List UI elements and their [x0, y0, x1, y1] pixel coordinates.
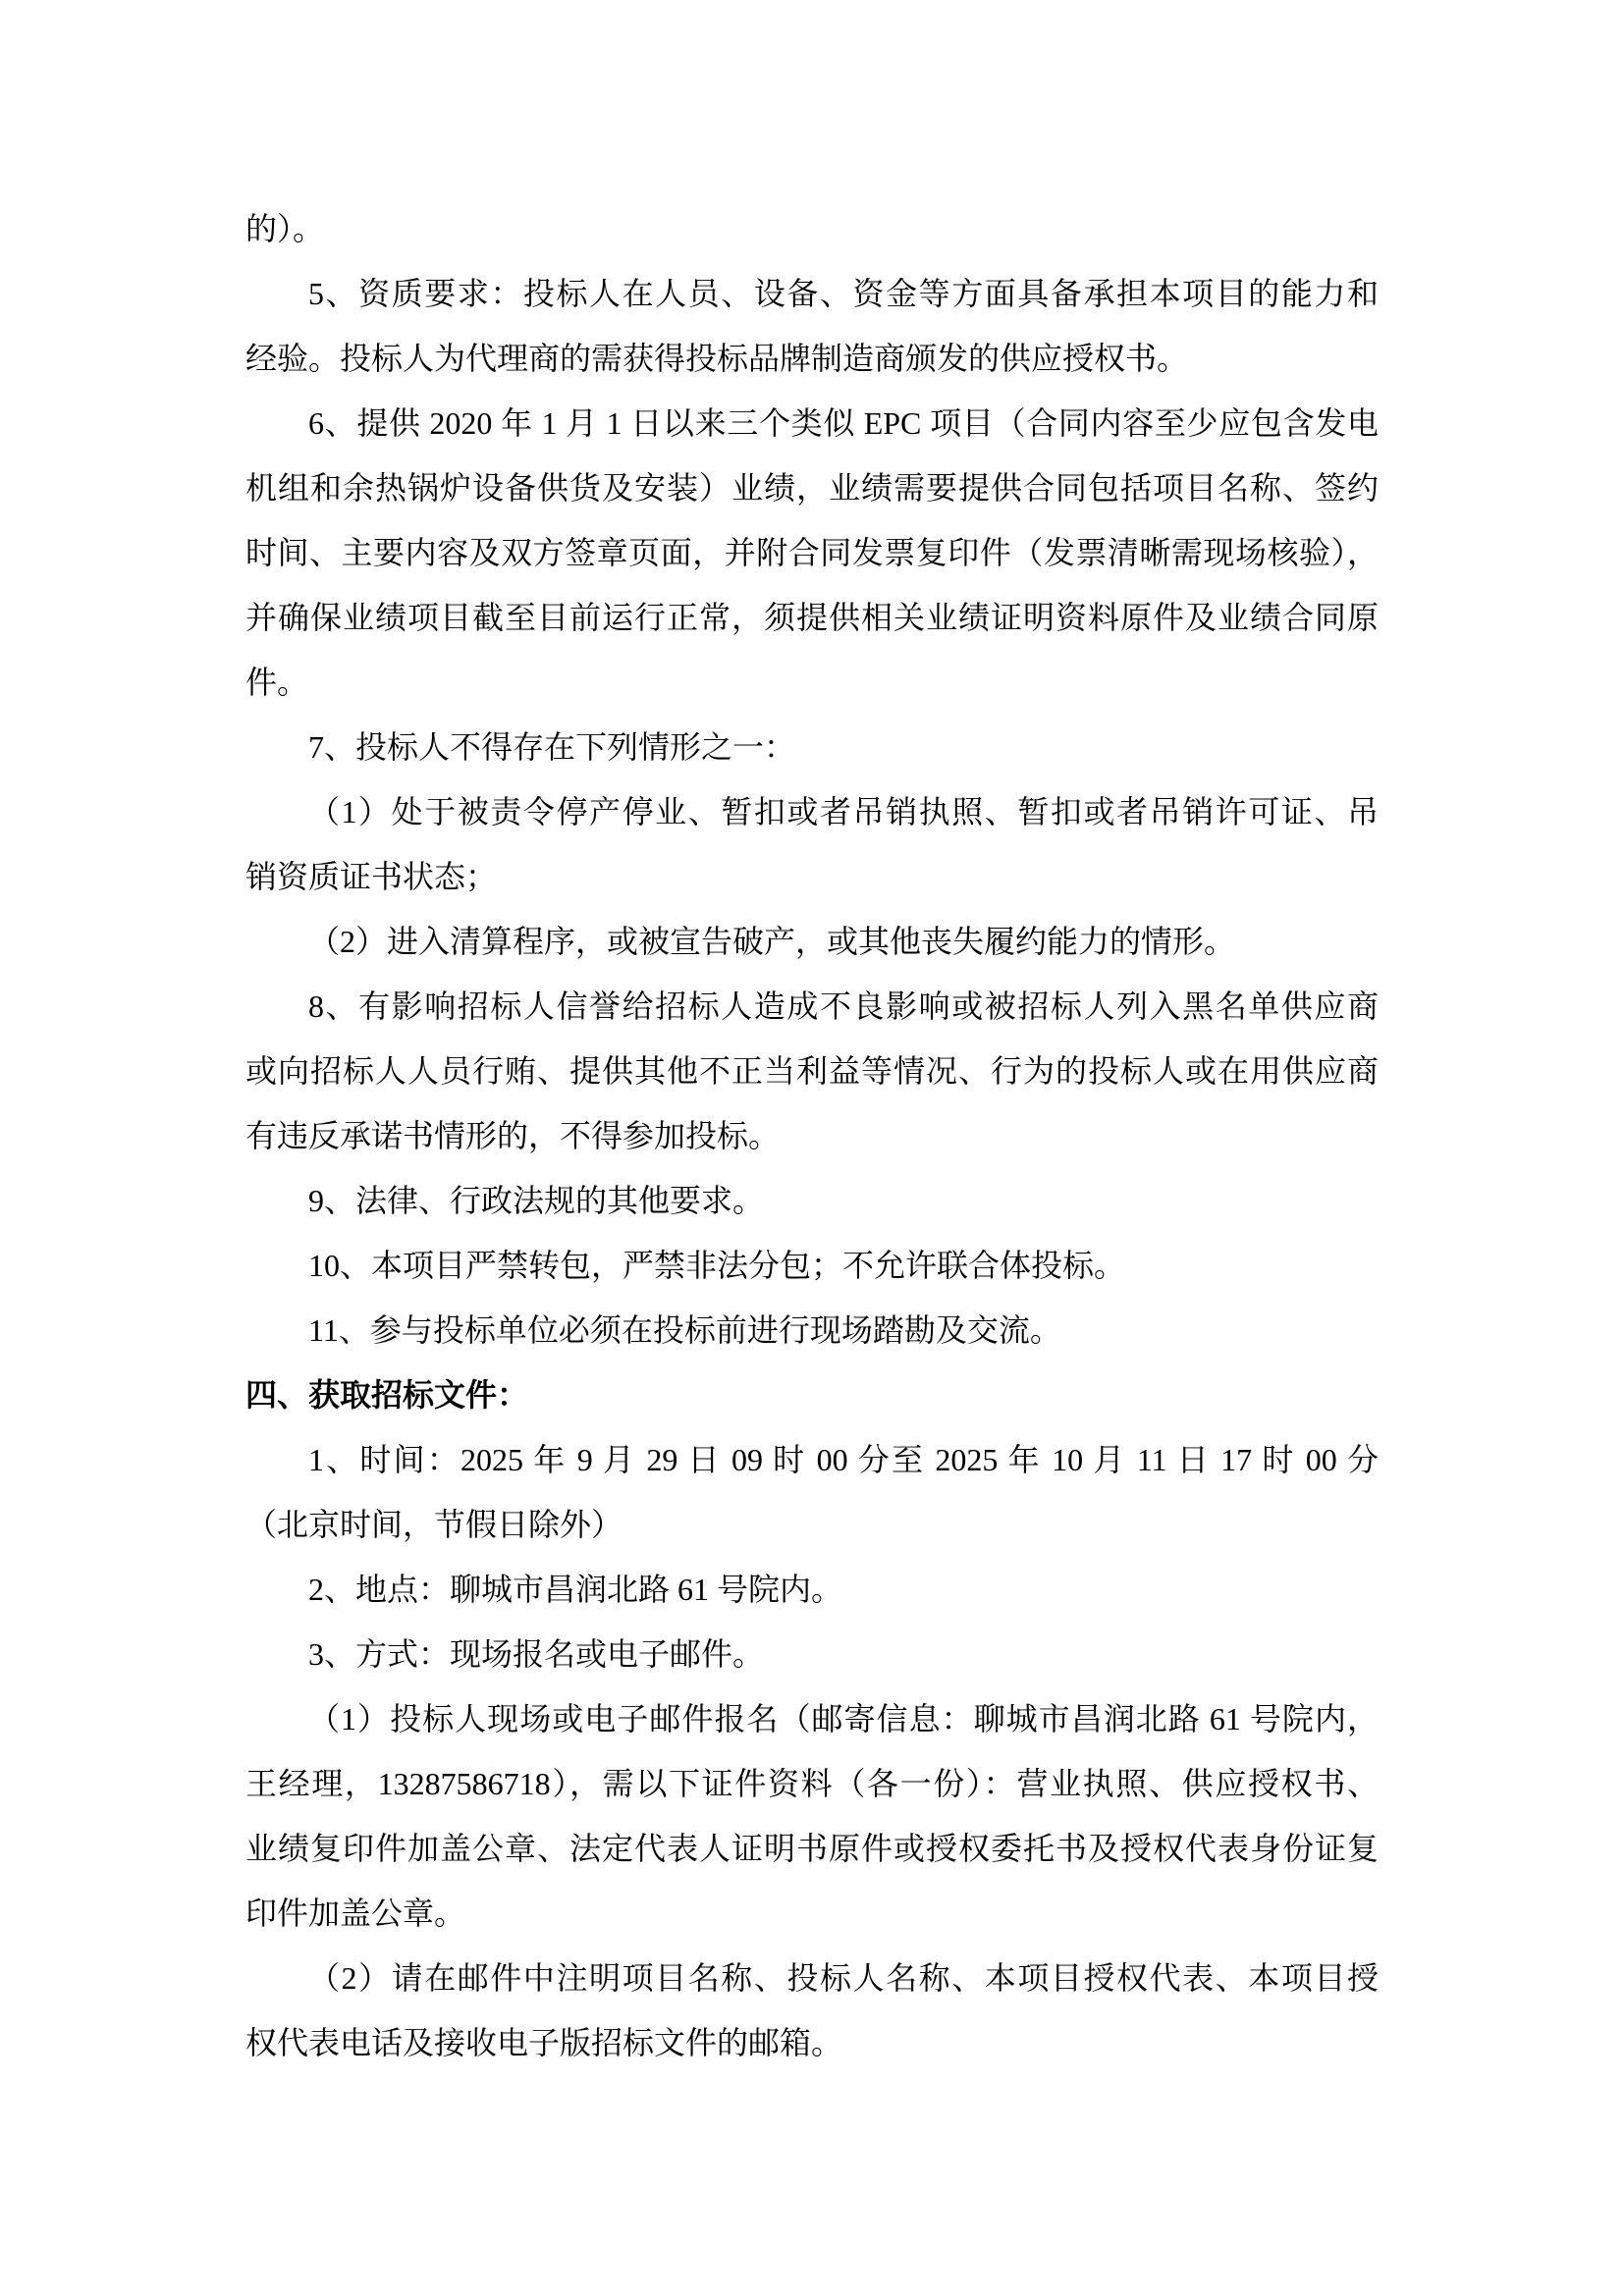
doc-line: （1）处于被责令停产停业、暂扣或者吊销执照、暂扣或者吊销许可证、吊	[245, 779, 1379, 844]
doc-line: （1）投标人现场或电子邮件报名（邮寄信息：聊城市昌润北路 61 号院内，	[245, 1686, 1379, 1751]
doc-line: 印件加盖公章。	[245, 1881, 1379, 1946]
doc-line: 业绩复印件加盖公章、法定代表人证明书原件或授权委托书及授权代表身份证复	[245, 1816, 1379, 1881]
doc-line: （北京时间，节假日除外）	[245, 1492, 1379, 1557]
doc-line: （2）请在邮件中注明项目名称、投标人名称、本项目授权代表、本项目授	[245, 1946, 1379, 2010]
doc-line: 9、法律、行政法规的其他要求。	[245, 1168, 1379, 1233]
doc-line: 10、本项目严禁转包，严禁非法分包；不允许联合体投标。	[245, 1233, 1379, 1298]
doc-line: 8、有影响招标人信誉给招标人造成不良影响或被招标人列入黑名单供应商	[245, 974, 1379, 1039]
doc-line: 11、参与投标单位必须在投标前进行现场踏勘及交流。	[245, 1298, 1379, 1362]
doc-line: 机组和余热锅炉设备供货及安装）业绩，业绩需要提供合同包括项目名称、签约	[245, 455, 1379, 520]
doc-line: （2）进入清算程序，或被宣告破产，或其他丧失履约能力的情形。	[245, 909, 1379, 974]
doc-line: 有违反承诺书情形的，不得参加投标。	[245, 1103, 1379, 1168]
doc-line: 7、投标人不得存在下列情形之一：	[245, 715, 1379, 779]
doc-line: 经验。投标人为代理商的需获得投标品牌制造商颁发的供应授权书。	[245, 326, 1379, 391]
doc-line: 3、方式：现场报名或电子邮件。	[245, 1622, 1379, 1686]
doc-line: 2、地点：聊城市昌润北路 61 号院内。	[245, 1557, 1379, 1622]
document-page: 的）。5、资质要求：投标人在人员、设备、资金等方面具备承担本项目的能力和经验。投…	[0, 0, 1624, 2296]
doc-line: 6、提供 2020 年 1 月 1 日以来三个类似 EPC 项目（合同内容至少应…	[245, 391, 1379, 455]
doc-line: 1、时间：2025 年 9 月 29 日 09 时 00 分至 2025 年 1…	[245, 1427, 1379, 1492]
doc-line: 或向招标人人员行贿、提供其他不正当利益等情况、行为的投标人或在用供应商	[245, 1039, 1379, 1103]
section-heading: 四、获取招标文件：	[245, 1362, 1379, 1427]
doc-line: 的）。	[245, 196, 1379, 261]
doc-line: 件。	[245, 650, 1379, 715]
doc-line: 并确保业绩项目截至目前运行正常，须提供相关业绩证明资料原件及业绩合同原	[245, 585, 1379, 650]
document-content: 的）。5、资质要求：投标人在人员、设备、资金等方面具备承担本项目的能力和经验。投…	[245, 196, 1379, 2075]
doc-line: 销资质证书状态；	[245, 844, 1379, 909]
doc-line: 权代表电话及接收电子版招标文件的邮箱。	[245, 2010, 1379, 2075]
doc-line: 时间、主要内容及双方签章页面，并附合同发票复印件（发票清晰需现场核验），	[245, 520, 1379, 585]
doc-line: 王经理，13287586718），需以下证件资料（各一份）：营业执照、供应授权书…	[245, 1751, 1379, 1816]
doc-line: 5、资质要求：投标人在人员、设备、资金等方面具备承担本项目的能力和	[245, 261, 1379, 326]
